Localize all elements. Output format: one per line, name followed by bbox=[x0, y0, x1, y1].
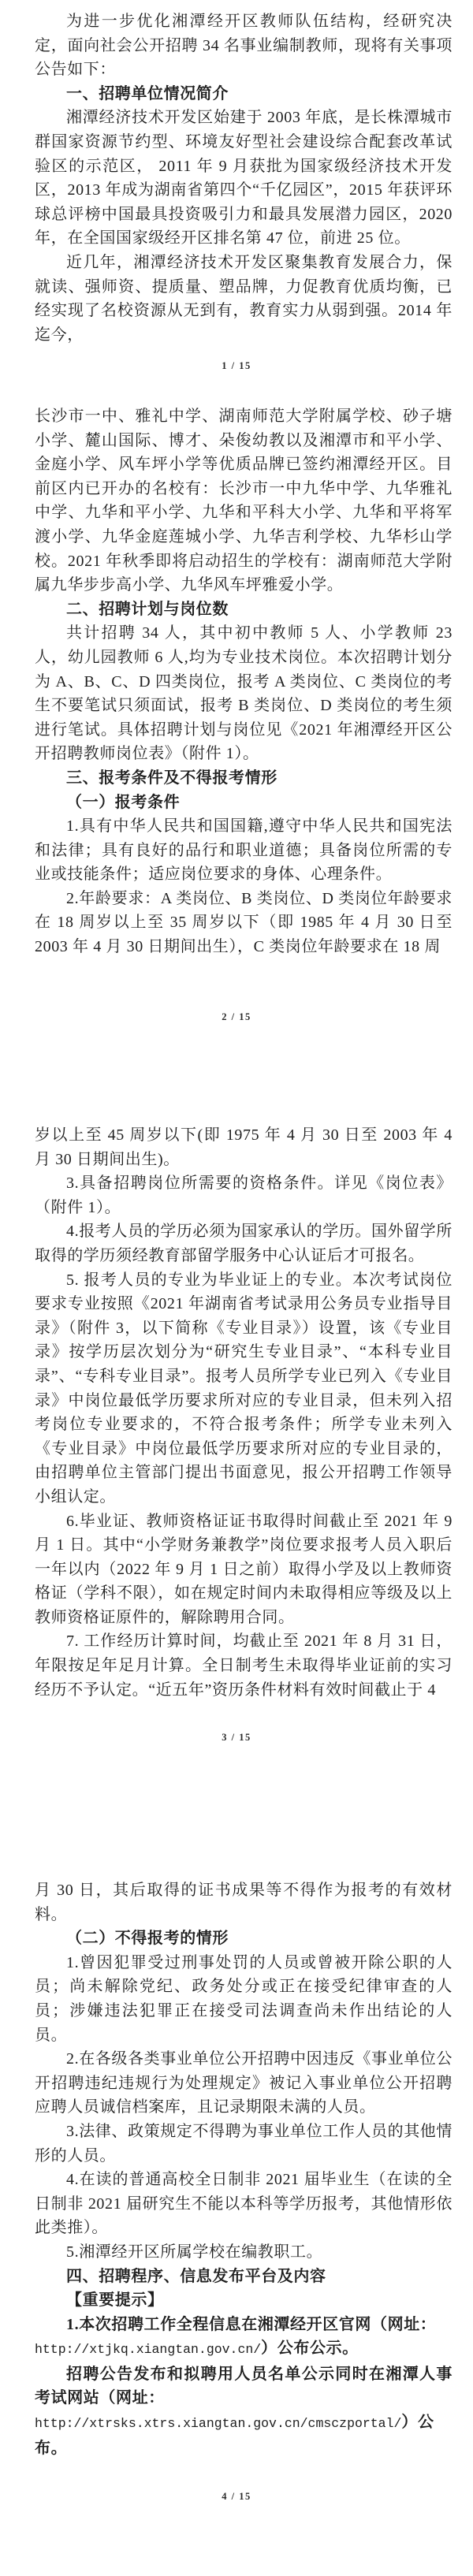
paragraph: 4.报考人员的学历必须为国家承认的学历。国外留学所取得的学历须经教育部留学服务中… bbox=[35, 1219, 453, 1268]
paragraph: 3.具备招聘岗位所需要的资格条件。详见《岗位表》（附件 1）。 bbox=[35, 1171, 453, 1219]
url-text: http://xtrsks.xtrs.xiangtan.gov.cn/cmscz… bbox=[35, 2416, 401, 2431]
document-page-4: 月 30 日，其后取得的证书成果等不得作为报考的有效材料。 （二）不得报考的情形… bbox=[0, 1759, 473, 2576]
paragraph: 7. 工作经历计算时间，均截止至 2021 年 8 月 31 日，年限按足年足月… bbox=[35, 1629, 453, 1702]
paragraph: 5.湘潭经开区所属学校在编教职工。 bbox=[35, 2240, 453, 2265]
paragraph: 1.曾因犯罪受过刑事处罚的人员或曾被开除公职的人员；尚未解除党纪、政务处分或正在… bbox=[35, 1951, 453, 2047]
section-heading: 三、报考条件及不得报考情形 bbox=[35, 766, 453, 791]
page-number: 4 / 15 bbox=[0, 2491, 473, 2503]
section-heading: 二、招聘计划与岗位数 bbox=[35, 597, 453, 622]
page-number: 1 / 15 bbox=[0, 360, 473, 372]
url-line: http://xtrsks.xtrs.xiangtan.gov.cn/cmscz… bbox=[35, 2410, 453, 2460]
page-number: 3 / 15 bbox=[0, 1732, 473, 1744]
paragraph: 6.毕业证、教师资格证证书取得时间截止至 2021 年 9 月 1 日。其中“小… bbox=[35, 1509, 453, 1630]
document: 为进一步优化湘潭经开区教师队伍结构，经研究决定，面向社会公开招聘 34 名事业编… bbox=[0, 0, 473, 2576]
paragraph: 共计招聘 34 人，其中初中教师 5 人、小学教师 23 人，幼儿园教师 6 人… bbox=[35, 621, 453, 766]
paragraph: 1.具有中华人民共和国国籍,遵守中华人民共和国宪法和法律；具有良好的品行和职业道… bbox=[35, 814, 453, 887]
paragraph: 3.法律、政策规定不得聘为事业单位工作人员的其他情形的人员。 bbox=[35, 2120, 453, 2168]
paragraph: 5. 报考人员的专业为毕业证上的专业。本次考试岗位要求专业按照《2021 年湖南… bbox=[35, 1268, 453, 1509]
paragraph: 1.本次招聘工作全程信息在湘潭经开区官网（网址： bbox=[35, 2313, 453, 2337]
section-heading: 一、招聘单位情况简介 bbox=[35, 82, 453, 106]
url-tail-text: ）公布公示。 bbox=[261, 2340, 359, 2357]
sub-heading: （二）不得报考的情形 bbox=[35, 1926, 453, 1951]
paragraph: 招聘公告发布和拟聘用人员名单公示同时在湘潭人事考试网站（网址： bbox=[35, 2362, 453, 2410]
url-text: http://xtjkq.xiangtan.gov.cn/ bbox=[35, 2342, 261, 2357]
paragraph: 4.在读的普通高校全日制非 2021 届毕业生（在读的全日制非 2021 届研究… bbox=[35, 2168, 453, 2240]
url-line: http://xtjkq.xiangtan.gov.cn/）公布公示。 bbox=[35, 2336, 453, 2362]
paragraph: 月 30 日，其后取得的证书成果等不得作为报考的有效材料。 bbox=[35, 1878, 453, 1926]
paragraph: 2.年龄要求：A 类岗位、B 类岗位、D 类岗位年龄要求在 18 周岁以上至 3… bbox=[35, 887, 453, 959]
page-number: 2 / 15 bbox=[0, 1011, 473, 1023]
section-heading: 四、招聘程序、信息发布平台及内容 bbox=[35, 2265, 453, 2289]
important-note-heading: 【重要提示】 bbox=[35, 2288, 453, 2313]
paragraph: 为进一步优化湘潭经开区教师队伍结构，经研究决定，面向社会公开招聘 34 名事业编… bbox=[35, 9, 453, 82]
paragraph: 近几年，湘潭经济技术开发区聚集教育发展合力，保就读、强师资、提质量、塑品牌，力促… bbox=[35, 251, 453, 347]
document-page-3: 岁以上至 45 周岁以下(即 1975 年 4 月 30 日至 2003 年 4… bbox=[0, 1040, 473, 1759]
paragraph: 2.在各级各类事业单位公开招聘中因违反《事业单位公开招聘违纪违规行为处理规定》被… bbox=[35, 2047, 453, 2120]
document-page-2: 长沙市一中、雅礼中学、湖南师范大学附属学校、砂子塘小学、麓山国际、博才、朵俊幼教… bbox=[0, 386, 473, 1040]
paragraph: 长沙市一中、雅礼中学、湖南师范大学附属学校、砂子塘小学、麓山国际、博才、朵俊幼教… bbox=[35, 404, 453, 597]
document-page-1: 为进一步优化湘潭经开区教师队伍结构，经研究决定，面向社会公开招聘 34 名事业编… bbox=[0, 0, 473, 386]
paragraph: 岁以上至 45 周岁以下(即 1975 年 4 月 30 日至 2003 年 4… bbox=[35, 1123, 453, 1171]
sub-heading: （一）报考条件 bbox=[35, 791, 453, 815]
paragraph: 湘潭经济技术开发区始建于 2003 年底，是长株潭城市群国家资源节约型、环境友好… bbox=[35, 106, 453, 251]
